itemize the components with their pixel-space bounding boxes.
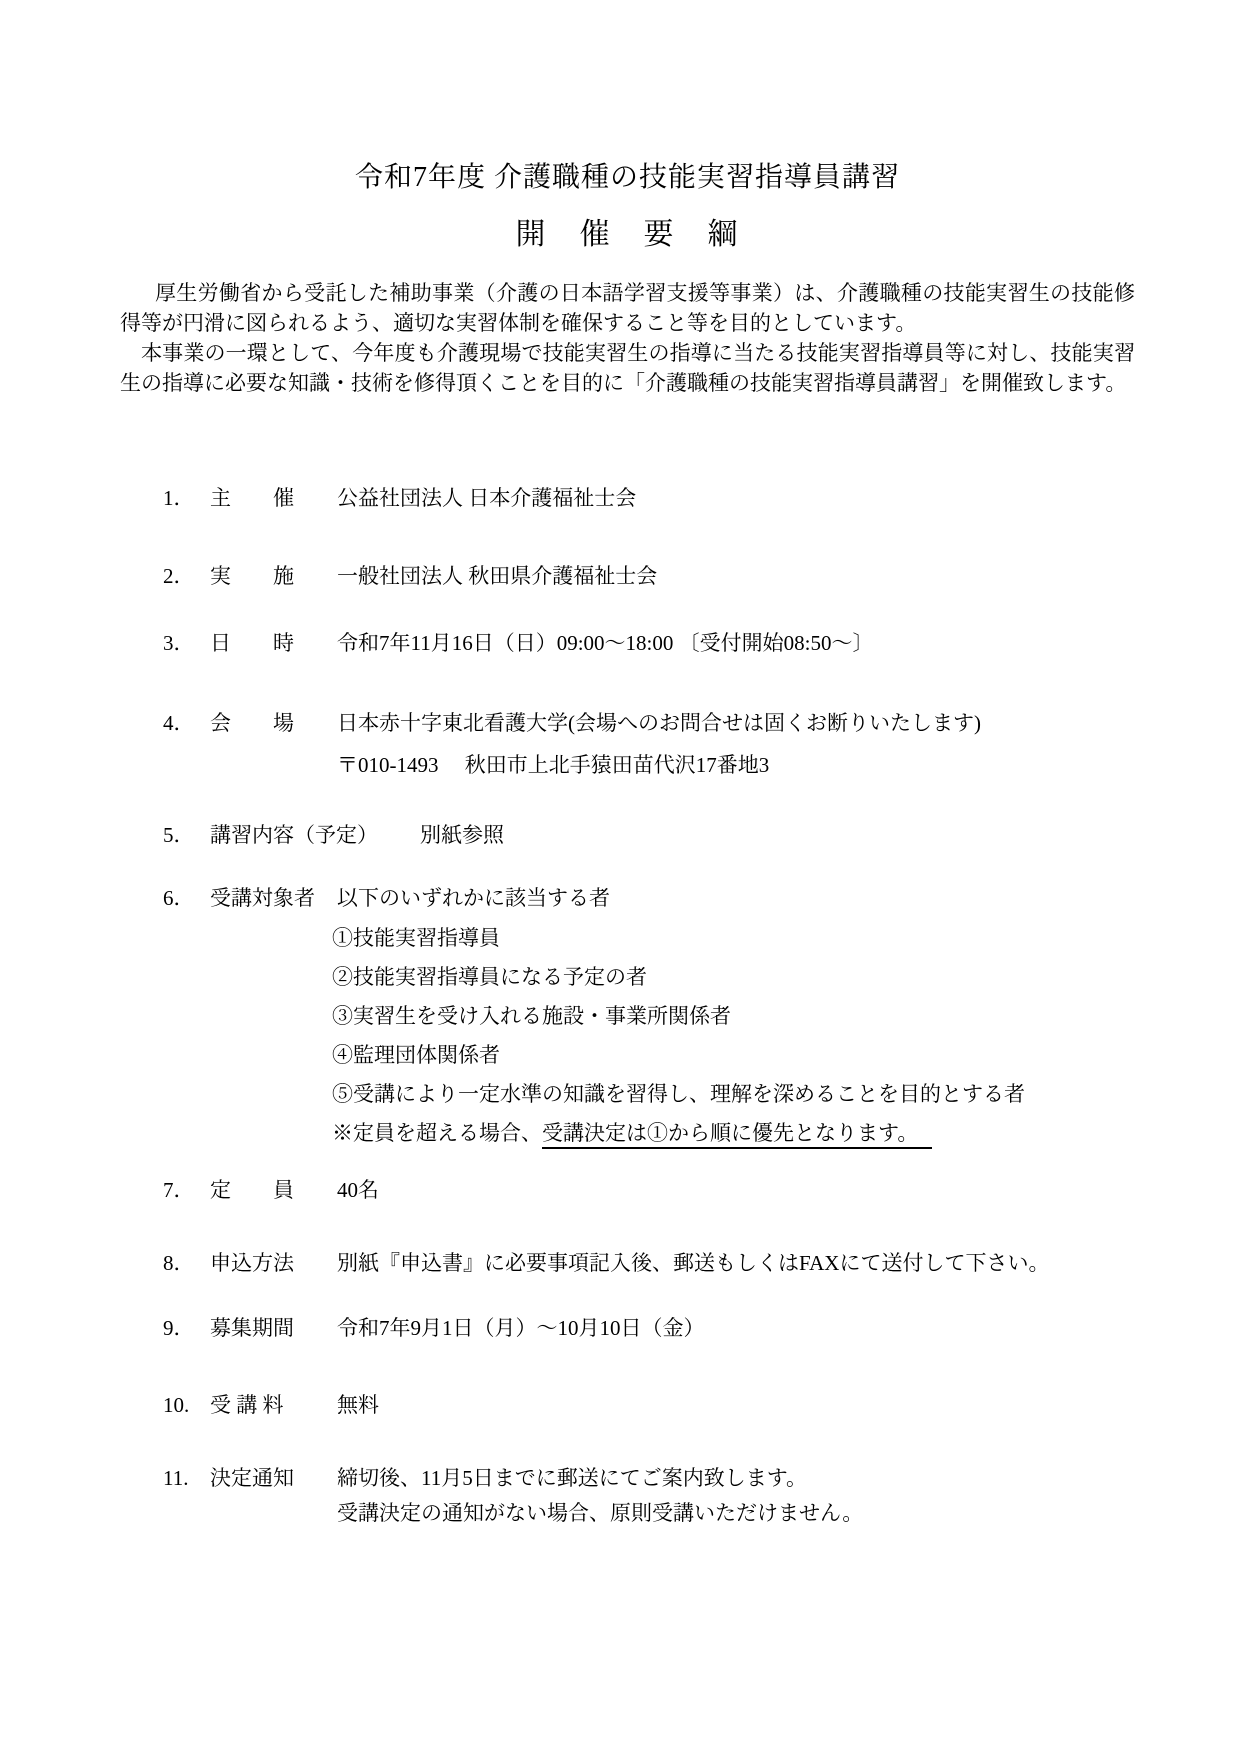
item-fee: 10. 受 講 料 無料 <box>163 1390 1135 1421</box>
item-label: 決定通知 <box>210 1463 337 1494</box>
item-label: 定 員 <box>210 1175 337 1206</box>
item-decision-notice: 11. 決定通知 締切後、11月5日までに郵送にてご案内致します。 <box>163 1463 1135 1494</box>
item-application-period: 9． 募集期間 令和7年9月1日（月）～10月10日（金） <box>163 1313 1135 1344</box>
eligibility-option-1: ①技能実習指導員 <box>332 923 1135 954</box>
eligibility-option-2: ②技能実習指導員になる予定の者 <box>332 962 1135 993</box>
item-number: 5． <box>163 820 210 851</box>
document-title: 令和7年度 介護職種の技能実習指導員講習 <box>120 158 1135 198</box>
item-content: 別紙参照 <box>420 820 504 851</box>
item-number: 10. <box>163 1390 210 1421</box>
item-venue: 4． 会 場 日本赤十字東北看護大学(会場へのお問合せは固くお断りいたします) <box>163 708 1135 739</box>
item-content: 日本赤十字東北看護大学(会場へのお問合せは固くお断りいたします) <box>337 708 1135 739</box>
item-label: 受講対象者 <box>210 883 337 914</box>
eligibility-list: ①技能実習指導員 ②技能実習指導員になる予定の者 ③実習生を受け入れる施設・事業… <box>332 923 1135 1149</box>
item-capacity: 7． 定 員 40名 <box>163 1175 1135 1206</box>
intro-paragraph-2: 本事業の一環として、今年度も介護現場で技能実習生の指導に当たる技能実習指導員等に… <box>120 338 1135 398</box>
item-number: 3． <box>163 628 210 659</box>
item-label: 講習内容（予定） <box>210 820 378 851</box>
item-operator: 2． 実 施 一般社団法人 秋田県介護福祉士会 <box>163 561 1135 592</box>
capacity-priority-note: ※定員を超える場合、受講決定は①から順に優先となります。 <box>332 1118 1135 1149</box>
item-organizer: 1． 主 催 公益社団法人 日本介護福祉士会 <box>163 483 1135 514</box>
item-application-method: 8． 申込方法 別紙『申込書』に必要事項記入後、郵送もしくはFAXにて送付して下… <box>163 1248 1135 1279</box>
item-label: 主 催 <box>210 483 337 514</box>
item-number: 6． <box>163 883 210 914</box>
document-page: 令和7年度 介護職種の技能実習指導員講習 開 催 要 綱 厚生労働省から受託した… <box>0 0 1241 1755</box>
document-subtitle: 開 催 要 綱 <box>120 214 1135 256</box>
intro-paragraph-1: 厚生労働省から受託した補助事業（介護の日本語学習支援等事業）は、介護職種の技能実… <box>120 278 1135 338</box>
item-datetime: 3． 日 時 令和7年11月16日（日）09:00～18:00 〔受付開始08:… <box>163 628 1135 659</box>
item-number: 8． <box>163 1248 210 1279</box>
item-content: 無料 <box>337 1390 1135 1421</box>
item-label: 実 施 <box>210 561 337 592</box>
item-eligibility: 6． 受講対象者 以下のいずれかに該当する者 <box>163 883 1135 914</box>
item-label: 日 時 <box>210 628 337 659</box>
item-content: 締切後、11月5日までに郵送にてご案内致します。 <box>337 1463 1135 1494</box>
capacity-note-underlined: 受講決定は①から順に優先となります。 <box>542 1121 932 1149</box>
eligibility-option-4: ④監理団体関係者 <box>332 1040 1135 1071</box>
eligibility-option-3: ③実習生を受け入れる施設・事業所関係者 <box>332 1001 1135 1032</box>
item-number: 7． <box>163 1175 210 1206</box>
decision-notice-supplement: 受講決定の通知がない場合、原則受講いただけません。 <box>163 1498 1135 1529</box>
item-content: 以下のいずれかに該当する者 <box>337 883 1135 914</box>
venue-address: 〒010-1493 秋田市上北手猿田苗代沢17番地3 <box>163 750 1135 781</box>
item-content: 一般社団法人 秋田県介護福祉士会 <box>337 561 1135 592</box>
eligibility-option-5: ⑤受講により一定水準の知識を習得し、理解を深めることを目的とする者 <box>332 1079 1135 1110</box>
item-curriculum: 5． 講習内容（予定） 別紙参照 <box>163 820 1135 851</box>
item-number: 11. <box>163 1463 210 1494</box>
item-label: 申込方法 <box>210 1248 337 1279</box>
item-label: 募集期間 <box>210 1313 337 1344</box>
item-number: 1． <box>163 483 210 514</box>
item-content: 公益社団法人 日本介護福祉士会 <box>337 483 1135 514</box>
item-number: 4． <box>163 708 210 739</box>
intro-section: 厚生労働省から受託した補助事業（介護の日本語学習支援等事業）は、介護職種の技能実… <box>120 278 1135 398</box>
item-content: 令和7年11月16日（日）09:00～18:00 〔受付開始08:50～〕 <box>337 628 1135 659</box>
capacity-note-prefix: ※定員を超える場合、 <box>332 1121 542 1145</box>
item-label: 受 講 料 <box>210 1390 337 1421</box>
item-number: 9． <box>163 1313 210 1344</box>
item-number: 2． <box>163 561 210 592</box>
item-content: 別紙『申込書』に必要事項記入後、郵送もしくはFAXにて送付して下さい。 <box>337 1248 1135 1279</box>
item-label: 会 場 <box>210 708 337 739</box>
item-content: 40名 <box>337 1175 1135 1206</box>
item-content: 令和7年9月1日（月）～10月10日（金） <box>337 1313 1135 1344</box>
